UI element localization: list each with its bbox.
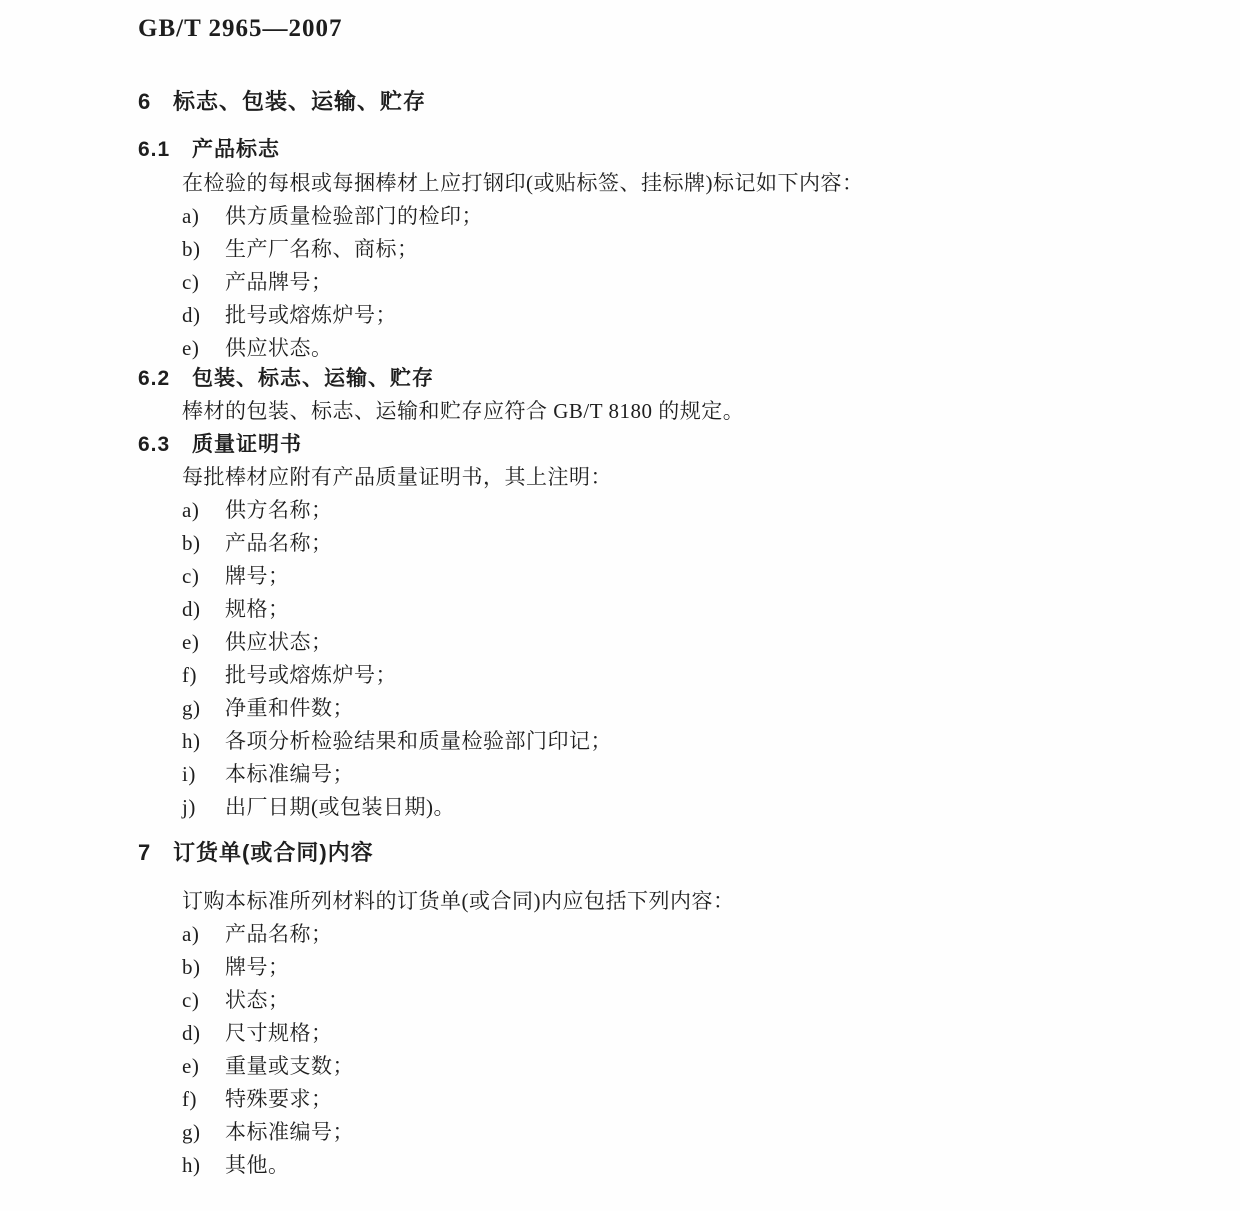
list-item-text: 状态； (225, 988, 290, 1012)
standard-number: GB/T 2965—2007 (138, 12, 1200, 45)
list-item-text: 各项分析检验结果和质量检验部门印记； (225, 729, 612, 753)
list-item-text: 供方名称； (225, 498, 333, 522)
section-6-number: 6 (138, 85, 173, 118)
list-item-text: 尺寸规格； (225, 1021, 333, 1045)
section-6-title: 标志、包装、运输、贮存 (173, 89, 426, 114)
list-item: e)供应状态。 (182, 332, 1200, 365)
subsection-6-1-heading: 6.1产品标志 (138, 133, 1200, 166)
list-item: f)特殊要求； (182, 1083, 1200, 1116)
list-item: a)供方名称； (182, 494, 1200, 527)
subsection-6-3-heading: 6.3质量证明书 (138, 428, 1200, 461)
document-page: GB/T 2965—2007 6标志、包装、运输、贮存 6.1产品标志 在检验的… (0, 0, 1240, 1211)
list-item: g)本标准编号； (182, 1116, 1200, 1149)
list-item: b)生产厂名称、商标； (182, 233, 1200, 266)
list-item: d)批号或熔炼炉号； (182, 299, 1200, 332)
list-item-label: g) (182, 692, 225, 725)
list-item: b)产品名称； (182, 527, 1200, 560)
list-item-text: 供应状态。 (225, 336, 333, 360)
subsection-6-2-paragraph: 棒材的包装、标志、运输和贮存应符合 GB/T 8180 的规定。 (182, 395, 1200, 428)
list-item-label: a) (182, 494, 225, 527)
subsection-6-1-title: 产品标志 (192, 138, 280, 161)
list-item-text: 批号或熔炼炉号； (225, 663, 397, 687)
list-item: d)尺寸规格； (182, 1017, 1200, 1050)
list-item: f)批号或熔炼炉号； (182, 659, 1200, 692)
list-item: b)牌号； (182, 951, 1200, 984)
list-item: c)牌号； (182, 560, 1200, 593)
list-item-text: 产品名称； (225, 531, 333, 555)
subsection-6-1-intro-paragraph: 在检验的每根或每捆棒材上应打钢印(或贴标签、挂标牌)标记如下内容： (182, 167, 1200, 200)
section-7-number: 7 (138, 836, 173, 869)
list-item: i)本标准编号； (182, 758, 1200, 791)
list-item: h)各项分析检验结果和质量检验部门印记； (182, 725, 1200, 758)
subsection-6-3-number: 6.3 (138, 428, 192, 461)
list-item-label: j) (182, 791, 225, 824)
list-item-label: c) (182, 984, 225, 1017)
list-item-text: 规格； (225, 597, 290, 621)
section-7-heading: 7订货单(或合同)内容 (138, 836, 1200, 869)
list-item: g)净重和件数； (182, 692, 1200, 725)
list-item: e)供应状态； (182, 626, 1200, 659)
list-item: c)产品牌号； (182, 266, 1200, 299)
list-item: a)产品名称； (182, 918, 1200, 951)
list-item-label: d) (182, 593, 225, 626)
list-item-label: h) (182, 1149, 225, 1182)
list-item: h)其他。 (182, 1149, 1200, 1182)
list-item-label: e) (182, 626, 225, 659)
subsection-6-3-intro-paragraph: 每批棒材应附有产品质量证明书，其上注明： (182, 461, 1200, 494)
list-item-label: c) (182, 266, 225, 299)
list-item-label: b) (182, 233, 225, 266)
list-item-text: 批号或熔炼炉号； (225, 303, 397, 327)
list-item-text: 产品名称； (225, 922, 333, 946)
list-item: e)重量或支数； (182, 1050, 1200, 1083)
list-item-label: a) (182, 918, 225, 951)
list-item-text: 牌号； (225, 955, 290, 979)
list-item-text: 牌号； (225, 564, 290, 588)
list-item-label: f) (182, 1083, 225, 1116)
list-item-label: f) (182, 659, 225, 692)
list-item-text: 产品牌号； (225, 270, 333, 294)
list-item-text: 出厂日期(或包装日期)。 (225, 795, 455, 819)
list-item-text: 重量或支数； (225, 1054, 354, 1078)
list-item-label: d) (182, 1017, 225, 1050)
subsection-6-1-number: 6.1 (138, 133, 192, 166)
list-item-label: e) (182, 332, 225, 365)
list-item-label: a) (182, 200, 225, 233)
section-6-heading: 6标志、包装、运输、贮存 (138, 85, 1200, 118)
list-item-label: d) (182, 299, 225, 332)
list-item-text: 特殊要求； (225, 1087, 333, 1111)
section-7-intro-paragraph: 订购本标准所列材料的订货单(或合同)内应包括下列内容： (182, 885, 1200, 918)
subsection-6-2-heading: 6.2包装、标志、运输、贮存 (138, 362, 1200, 395)
list-item-text: 净重和件数； (225, 696, 354, 720)
list-item-label: h) (182, 725, 225, 758)
subsection-6-2-title: 包装、标志、运输、贮存 (192, 367, 434, 390)
list-item-label: b) (182, 951, 225, 984)
list-item-text: 本标准编号； (225, 762, 354, 786)
list-item-text: 生产厂名称、商标； (225, 237, 419, 261)
list-item: a)供方质量检验部门的检印； (182, 200, 1200, 233)
list-item-text: 供方质量检验部门的检印； (225, 204, 483, 228)
list-item-label: i) (182, 758, 225, 791)
section-7-title: 订货单(或合同)内容 (173, 840, 374, 865)
subsection-6-2-number: 6.2 (138, 362, 192, 395)
list-item: j)出厂日期(或包装日期)。 (182, 791, 1200, 824)
list-item-text: 其他。 (225, 1153, 290, 1177)
list-item-text: 本标准编号； (225, 1120, 354, 1144)
subsection-6-3-title: 质量证明书 (192, 433, 302, 456)
list-item: d)规格； (182, 593, 1200, 626)
list-item-label: e) (182, 1050, 225, 1083)
list-item-text: 供应状态； (225, 630, 333, 654)
list-item-label: b) (182, 527, 225, 560)
list-item-label: g) (182, 1116, 225, 1149)
list-item-label: c) (182, 560, 225, 593)
list-item: c)状态； (182, 984, 1200, 1017)
